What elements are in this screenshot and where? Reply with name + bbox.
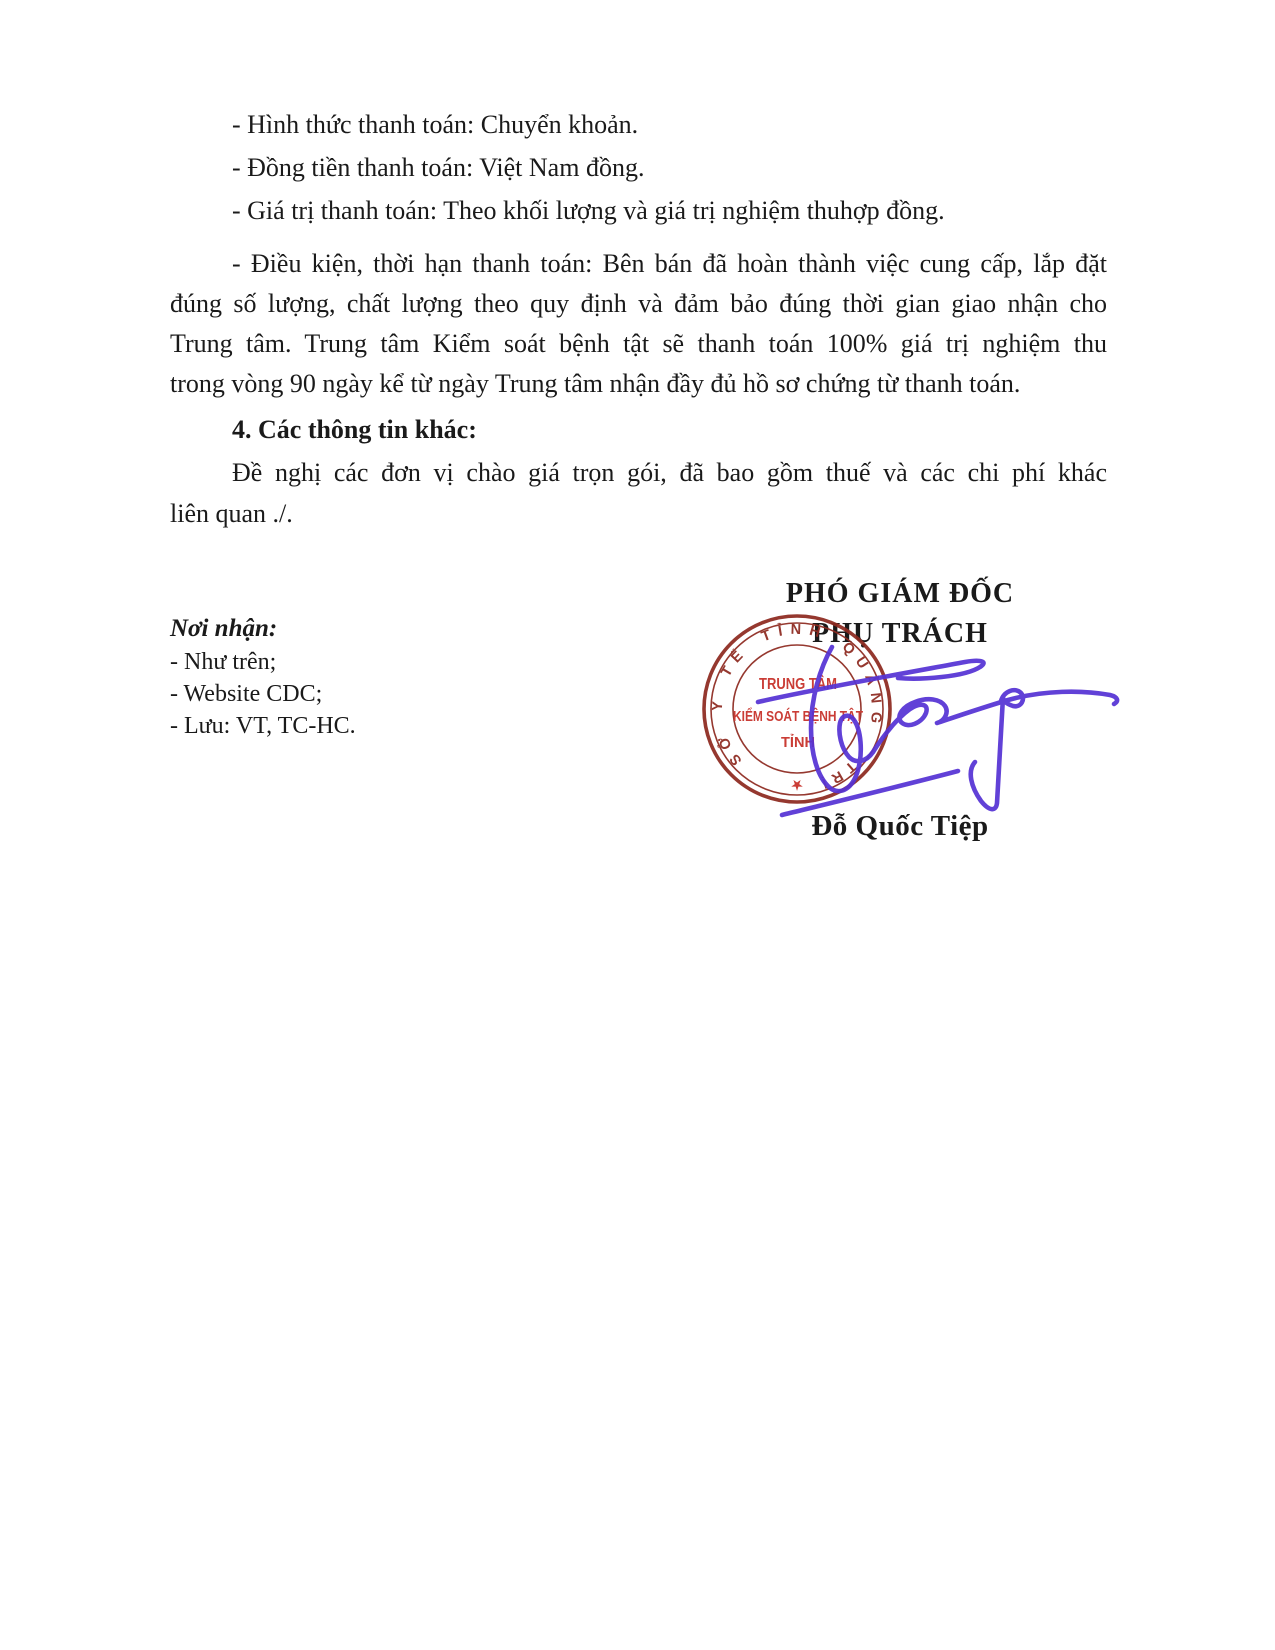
paragraph-request: Đề nghị các đơn vị chào giá trọn gói, đã… xyxy=(170,452,1107,534)
signature-stroke-crossbar xyxy=(758,661,984,702)
recipient-item: - Website CDC; xyxy=(170,678,500,710)
signature-stroke-underline xyxy=(782,771,958,815)
recipient-item: - Lưu: VT, TC-HC. xyxy=(170,710,500,742)
paragraph-payment-method: - Hình thức thanh toán: Chuyển khoản. xyxy=(170,103,1107,146)
text-line: trong vòng 90 ngày kể từ ngày Trung tâm … xyxy=(170,364,1107,404)
section-heading-other-info: 4. Các thông tin khác: xyxy=(170,408,1107,452)
document-page: - Hình thức thanh toán: Chuyển khoản. - … xyxy=(0,0,1275,1650)
text-line: Trung tâm. Trung tâm Kiểm soát bệnh tật … xyxy=(170,324,1107,364)
recipient-item: - Như trên; xyxy=(170,646,500,678)
signature-stroke-descender xyxy=(811,647,873,791)
handwritten-signature xyxy=(620,590,1150,840)
text-line: - Điều kiện, thời hạn thanh toán: Bên bá… xyxy=(170,244,1107,284)
signature-stroke-letters-tail xyxy=(873,692,1117,752)
paragraph-payment-conditions: - Điều kiện, thời hạn thanh toán: Bên bá… xyxy=(170,244,1107,404)
letter-body: - Hình thức thanh toán: Chuyển khoản. - … xyxy=(170,103,1107,534)
text-line: Đề nghị các đơn vị chào giá trọn gói, đã… xyxy=(170,452,1107,493)
paragraph-payment-value: - Giá trị thanh toán: Theo khối lượng và… xyxy=(170,189,1107,232)
signer-name: Đỗ Quốc Tiệp xyxy=(640,810,1160,843)
recipients-block: Nơi nhận: - Như trên; - Website CDC; - L… xyxy=(170,612,500,742)
paragraph-payment-currency: - Đồng tiền thanh toán: Việt Nam đồng. xyxy=(170,146,1107,189)
text-line: liên quan ./. xyxy=(170,493,1107,534)
recipients-label: Nơi nhận: xyxy=(170,612,500,646)
text-line: đúng số lượng, chất lượng theo quy định … xyxy=(170,284,1107,324)
